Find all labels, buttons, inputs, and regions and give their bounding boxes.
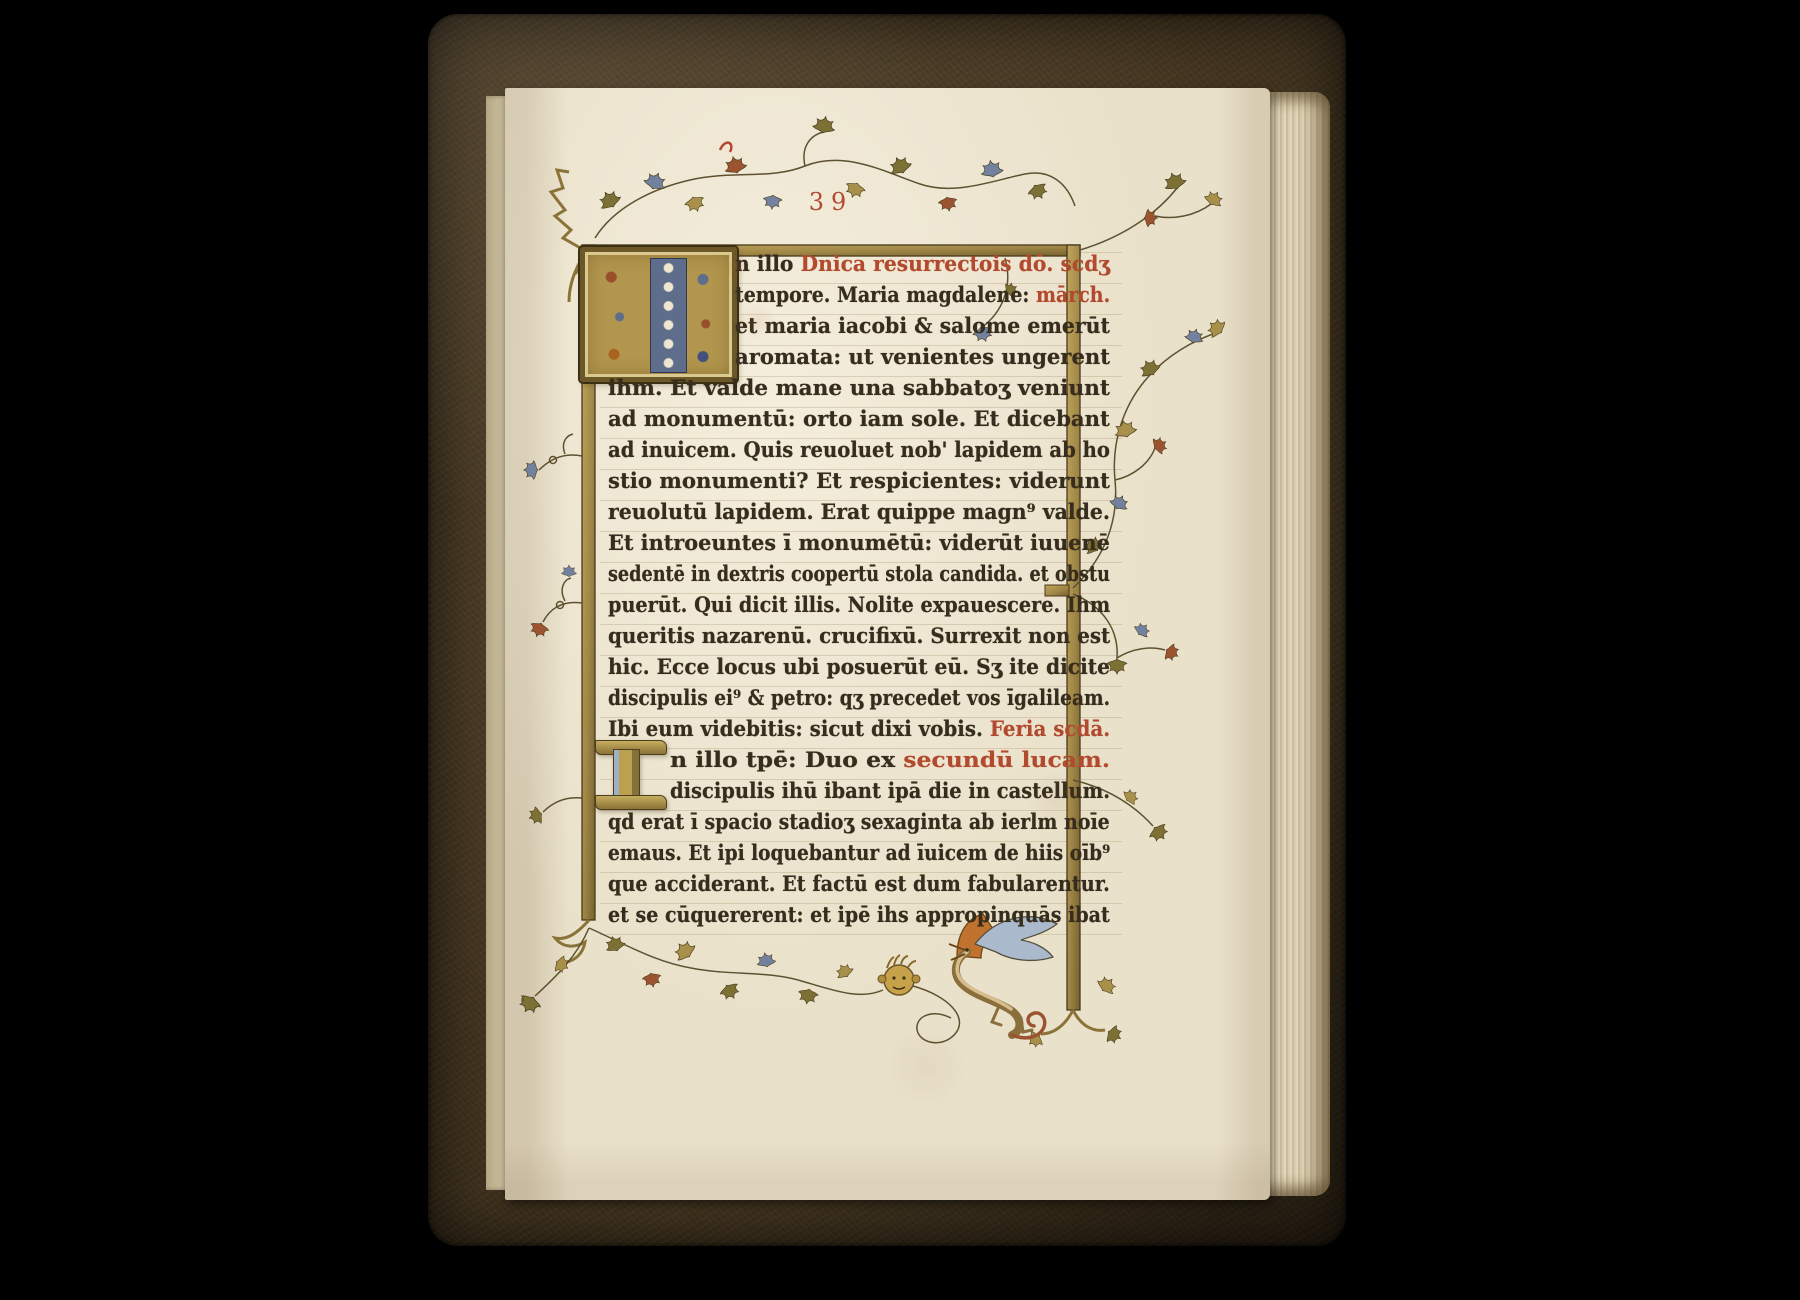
text-line: que acciderant. Et factū est dum fabular… [608, 868, 1110, 899]
text-line: n illo tpē: Duo ex secundū lucam. [670, 744, 1110, 775]
body-text: Ibi eum videbitis: sicut dixi vobis. [608, 716, 990, 741]
text-line: puerūt. Qui dicit illis. Nolite expauesc… [608, 589, 1110, 620]
body-text: queritis nazarenū. crucifixū. Surrexit n… [608, 623, 1110, 648]
body-text: stio monumenti? Et respicientes: viderun… [608, 468, 1110, 493]
text-line: et maria iacobi & salome emerūt [735, 310, 1110, 341]
body-text: ad monumentū: orto iam sole. Et dicebant [608, 406, 1110, 431]
rubric-text: Dnica resurrectois dō. scdʒ [801, 251, 1110, 276]
text-line: n illo Dnica resurrectois dō. scdʒ [735, 248, 1110, 279]
body-text: et maria iacobi & salome emerūt [735, 313, 1110, 338]
body-text: que acciderant. Et factū est dum fabular… [608, 871, 1110, 896]
body-text: n illo [735, 251, 801, 276]
text-line: et se cūquererent: et ipē ihs appropinqu… [608, 899, 1110, 930]
text-line: sedentē in dextris coopertū stola candid… [608, 558, 1110, 589]
text-block: n illo Dnica resurrectois dō. scdʒtempor… [608, 248, 1110, 930]
body-text: tempore. Maria magdalene: [735, 282, 1036, 307]
body-text: puerūt. Qui dicit illis. Nolite expauesc… [608, 592, 1110, 617]
photo-background: 39 [0, 0, 1800, 1300]
text-line: queritis nazarenū. crucifixū. Surrexit n… [608, 620, 1110, 651]
body-text: qd erat ī spacio stadioʒ sexaginta ab ie… [608, 809, 1110, 834]
body-text: sedentē in dextris coopertū stola candid… [608, 561, 1110, 586]
text-line: hic. Ecce locus ubi posuerūt eū. Sʒ ite … [608, 651, 1110, 682]
body-text: aromata: ut venientes ungerent [735, 344, 1110, 369]
text-line: ad inuicem. Quis reuoluet nob' lapidem a… [608, 434, 1110, 465]
text-line: emaus. Et ipi loquebantur ad īuicem de h… [608, 837, 1110, 868]
text-line: ad monumentū: orto iam sole. Et dicebant [608, 403, 1110, 434]
body-text: discipulis ei⁹ & petro: qʒ precedet vos … [608, 685, 1110, 710]
text-line: discipulis ihū ibant ipā die in castellu… [670, 775, 1110, 806]
body-text: discipulis ihū ibant ipā die in castellu… [670, 778, 1110, 803]
grotesque-face [878, 955, 920, 995]
body-text: ad inuicem. Quis reuoluet nob' lapidem a… [608, 437, 1110, 462]
body-text: emaus. Et ipi loquebantur ad īuicem de h… [608, 840, 1110, 865]
text-line: discipulis ei⁹ & petro: qʒ precedet vos … [608, 682, 1110, 713]
manuscript-page: 39 [505, 88, 1270, 1200]
body-text: n illo tpē: Duo ex [670, 747, 903, 772]
body-text: et se cūquererent: et ipē ihs appropinqu… [608, 902, 1110, 927]
text-line: tempore. Maria magdalene: mārch. [735, 279, 1110, 310]
text-line: Et introeuntes ī monumētū: viderūt iuuen… [608, 527, 1110, 558]
folio-number: 39 [801, 188, 861, 216]
text-line: aromata: ut venientes ungerent [735, 341, 1110, 372]
body-text: reuolutū lapidem. Erat quippe magn⁹ vald… [608, 499, 1110, 524]
text-line: qd erat ī spacio stadioʒ sexaginta ab ie… [608, 806, 1110, 837]
text-line: stio monumenti? Et respicientes: viderun… [608, 465, 1110, 496]
rubric-text: mārch. [1036, 282, 1110, 307]
body-text: Et introeuntes ī monumētū: viderūt iuuen… [608, 530, 1110, 555]
rubric-text: Feria scdā. [990, 716, 1110, 741]
rubric-text: secundū lucam. [903, 747, 1110, 772]
text-line: ihm. Et valde mane una sabbatoʒ veniunt [608, 372, 1110, 403]
body-text: hic. Ecce locus ubi posuerūt eū. Sʒ ite … [608, 654, 1110, 679]
text-line: reuolutū lapidem. Erat quippe magn⁹ vald… [608, 496, 1110, 527]
body-text: ihm. Et valde mane una sabbatoʒ veniunt [608, 375, 1110, 400]
text-line: Ibi eum videbitis: sicut dixi vobis. Fer… [608, 713, 1110, 744]
